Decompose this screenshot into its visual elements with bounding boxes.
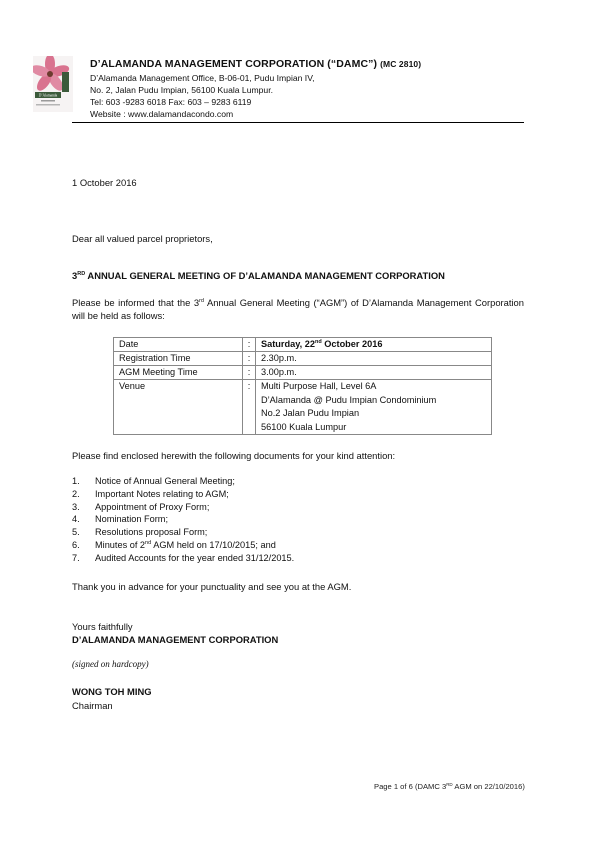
- date-value-b: October 2016: [322, 339, 383, 349]
- list-number: 3.: [72, 501, 95, 514]
- list-text: Resolutions proposal Form;: [95, 527, 207, 537]
- date-label: Date: [114, 338, 243, 352]
- list-number: 6.: [72, 539, 95, 552]
- letter-page: D’Alamanda D’ALAMANDA MANAGEMENT CORPORA…: [0, 0, 595, 842]
- page-footer: Page 1 of 6 (DAMC 3RD AGM on 22/10/2016): [374, 782, 525, 791]
- meeting-time-label: AGM Meeting Time: [114, 366, 243, 380]
- signatory-title: Chairman: [72, 700, 113, 711]
- address-line-1: D’Alamanda Management Office, B-06-01, P…: [90, 73, 315, 83]
- table-row-venue: Venue : Multi Purpose Hall, Level 6A D’A…: [114, 380, 492, 435]
- list-text: Nomination Form;: [95, 514, 168, 524]
- footer-text: Page 1 of 6 (DAMC 3: [374, 782, 446, 791]
- svg-text:D’Alamanda: D’Alamanda: [39, 94, 58, 98]
- date-value: Saturday, 22nd October 2016: [256, 338, 492, 352]
- intro-paragraph: Please be informed that the 3rd Annual G…: [72, 296, 524, 322]
- registration-value: 2.30p.m.: [256, 352, 492, 366]
- venue-line: 56100 Kuala Lumpur: [261, 421, 486, 435]
- venue-line: Multi Purpose Hall, Level 6A: [261, 380, 486, 394]
- website-line: Website : www.dalamandacondo.com: [90, 109, 233, 119]
- list-text: Important Notes relating to AGM;: [95, 489, 229, 499]
- list-number: 4.: [72, 513, 95, 526]
- separator: :: [243, 380, 256, 435]
- venue-line: No.2 Jalan Pudu Impian: [261, 407, 486, 421]
- list-text: Audited Accounts for the year ended 31/1…: [95, 553, 294, 563]
- organization-name: D’ALAMANDA MANAGEMENT CORPORATION (“DAMC…: [90, 58, 421, 70]
- separator: :: [243, 338, 256, 352]
- list-item: 2.Important Notes relating to AGM;: [72, 488, 294, 501]
- meeting-details-table: Date : Saturday, 22nd October 2016 Regis…: [113, 337, 492, 435]
- footer-text-rest: AGM on 22/10/2016): [453, 782, 525, 791]
- table-row-registration: Registration Time : 2.30p.m.: [114, 352, 492, 366]
- thanks-line: Thank you in advance for your punctualit…: [72, 581, 351, 592]
- list-number: 2.: [72, 488, 95, 501]
- subject-heading: 3RD ANNUAL GENERAL MEETING OF D’ALAMANDA…: [72, 270, 445, 281]
- list-item: 7.Audited Accounts for the year ended 31…: [72, 552, 294, 565]
- signatory-name: WONG TOH MING: [72, 686, 152, 697]
- list-text: Notice of Annual General Meeting;: [95, 476, 235, 486]
- subject-text: ANNUAL GENERAL MEETING OF D’ALAMANDA MAN…: [85, 270, 445, 281]
- list-text: Minutes of 2: [95, 540, 145, 550]
- venue-value: Multi Purpose Hall, Level 6A D’Alamanda …: [256, 380, 492, 435]
- closing-organization: D’ALAMANDA MANAGEMENT CORPORATION: [72, 634, 278, 645]
- contact-line: Tel: 603 -9283 6018 Fax: 603 – 9283 6119: [90, 97, 251, 107]
- separator: :: [243, 352, 256, 366]
- list-item: 5.Resolutions proposal Form;: [72, 526, 294, 539]
- venue-line: D’Alamanda @ Pudu Impian Condominium: [261, 394, 486, 408]
- venue-label: Venue: [114, 380, 243, 435]
- list-item: 3.Appointment of Proxy Form;: [72, 501, 294, 514]
- list-text: Appointment of Proxy Form;: [95, 502, 209, 512]
- flower-logo-icon: D’Alamanda: [33, 56, 73, 112]
- closing: Yours faithfully: [72, 621, 133, 632]
- list-number: 5.: [72, 526, 95, 539]
- damc-logo: D’Alamanda: [33, 56, 73, 112]
- list-item: 4.Nomination Form;: [72, 513, 294, 526]
- salutation: Dear all valued parcel proprietors,: [72, 233, 213, 244]
- meeting-time-value: 3.00p.m.: [256, 366, 492, 380]
- separator: :: [243, 366, 256, 380]
- list-number: 1.: [72, 475, 95, 488]
- list-text: AGM held on 17/10/2015; and: [151, 540, 276, 550]
- registration-label: Registration Time: [114, 352, 243, 366]
- org-name-text: D’ALAMANDA MANAGEMENT CORPORATION (“DAMC…: [90, 58, 377, 70]
- org-registration: (MC 2810): [380, 59, 421, 69]
- enclosed-intro: Please find enclosed herewith the follow…: [72, 450, 395, 461]
- subject-ordinal-suffix: RD: [77, 271, 85, 277]
- signature-note: (signed on hardcopy): [72, 659, 149, 669]
- header-divider: [72, 122, 524, 123]
- list-number: 7.: [72, 552, 95, 565]
- enclosed-documents-list: 1.Notice of Annual General Meeting; 2.Im…: [72, 475, 294, 565]
- list-item: 6.Minutes of 2nd AGM held on 17/10/2015;…: [72, 539, 294, 552]
- letter-date: 1 October 2016: [72, 177, 137, 188]
- intro-text-a: Please be informed that the 3: [72, 297, 199, 308]
- date-value-a: Saturday, 22: [261, 339, 315, 349]
- date-ordinal-suffix: nd: [315, 339, 322, 345]
- table-row-date: Date : Saturday, 22nd October 2016: [114, 338, 492, 352]
- address-line-2: No. 2, Jalan Pudu Impian, 56100 Kuala Lu…: [90, 85, 273, 95]
- list-item: 1.Notice of Annual General Meeting;: [72, 475, 294, 488]
- table-row-meeting-time: AGM Meeting Time : 3.00p.m.: [114, 366, 492, 380]
